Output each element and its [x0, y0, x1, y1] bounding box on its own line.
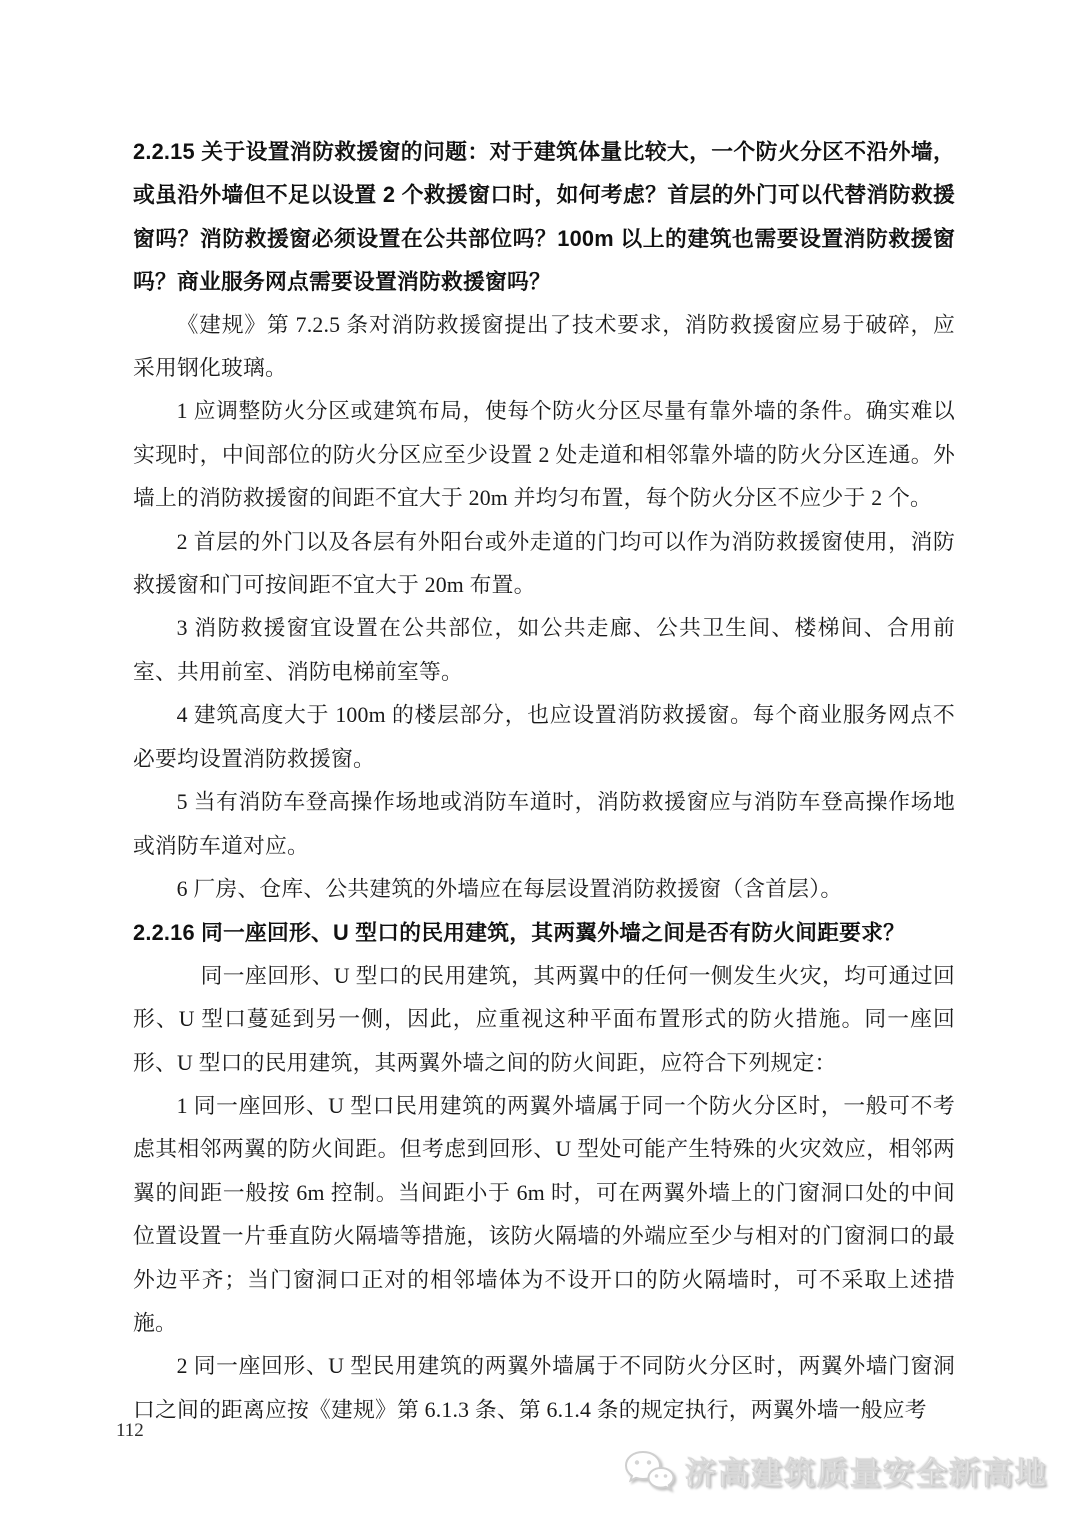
paragraph: 1 同一座回形、U 型口民用建筑的两翼外墙属于同一个防火分区时，一般可不考虑其相…	[133, 1085, 955, 1345]
watermark-text: 济高建筑质量安全新高地	[685, 1448, 1048, 1493]
wechat-icon	[623, 1449, 675, 1493]
paragraph: 1 应调整防火分区或建筑布局，使每个防火分区尽量有靠外墙的条件。确实难以实现时，…	[133, 390, 955, 520]
paragraph: 5 当有消防车登高操作场地或消防车道时，消防救援窗应与消防车登高操作场地或消防车…	[133, 781, 955, 868]
document-page: 2.2.15 关于设置消防救援窗的问题：对于建筑体量比较大，一个防火分区不沿外墙…	[0, 0, 1080, 1527]
paragraph: 6 厂房、仓库、公共建筑的外墙应在每层设置消防救援窗（含首层）。	[133, 868, 955, 911]
page-content: 2.2.15 关于设置消防救援窗的问题：对于建筑体量比较大，一个防火分区不沿外墙…	[133, 130, 955, 1432]
section-heading: 2.2.15 关于设置消防救援窗的问题：对于建筑体量比较大，一个防火分区不沿外墙…	[133, 130, 955, 304]
page-number: 112	[116, 1420, 144, 1442]
paragraph: 3 消防救援窗宜设置在公共部位，如公共走廊、公共卫生间、楼梯间、合用前室、共用前…	[133, 607, 955, 694]
paragraph: 2 同一座回形、U 型民用建筑的两翼外墙属于不同防火分区时，两翼外墙门窗洞口之间…	[133, 1345, 955, 1432]
paragraph: 《建规》第 7.2.5 条对消防救援窗提出了技术要求，消防救援窗应易于破碎，应采…	[133, 304, 955, 391]
paragraph: 同一座回形、U 型口的民用建筑，其两翼中的任何一侧发生火灾，均可通过回形、U 型…	[133, 955, 955, 1085]
section-heading: 2.2.16 同一座回形、U 型口的民用建筑，其两翼外墙之间是否有防火间距要求？	[133, 911, 955, 954]
watermark: 济高建筑质量安全新高地	[623, 1448, 1048, 1493]
paragraph: 4 建筑高度大于 100m 的楼层部分，也应设置消防救援窗。每个商业服务网点不必…	[133, 694, 955, 781]
paragraph: 2 首层的外门以及各层有外阳台或外走道的门均可以作为消防救援窗使用，消防救援窗和…	[133, 521, 955, 608]
